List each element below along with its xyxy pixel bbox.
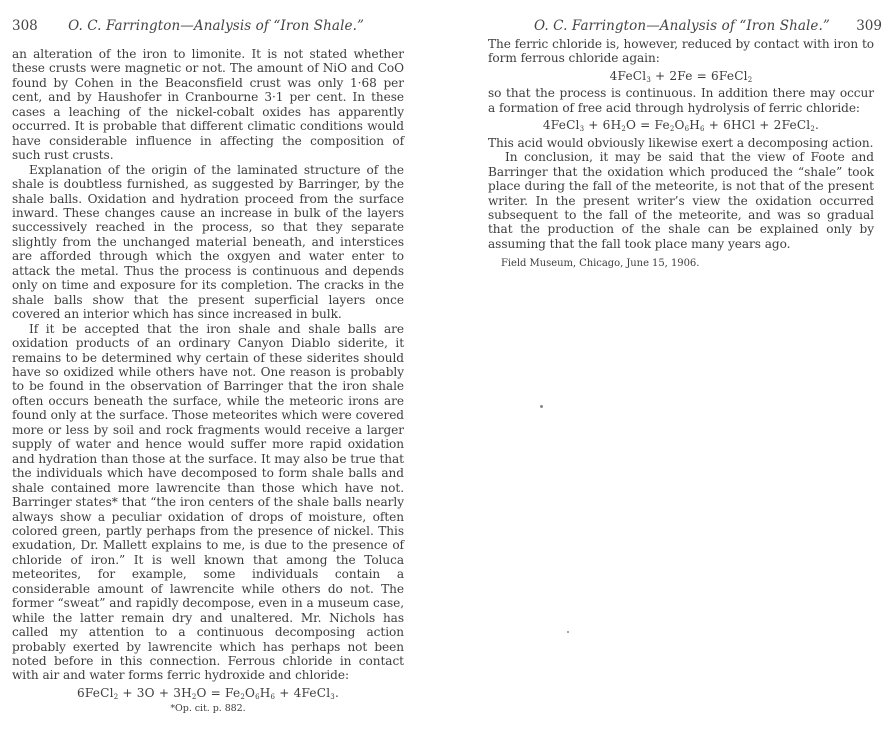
- signoff-location-date: Field Museum, Chicago, June 15, 1906.: [488, 257, 874, 271]
- right-page: O. C. Farrington—Analysis of “Iron Shale…: [448, 0, 895, 750]
- left-page: 308 O. C. Farrington—Analysis of “Iron S…: [0, 0, 440, 750]
- running-head-right: O. C. Farrington—Analysis of “Iron Shale…: [534, 18, 882, 34]
- running-head-title: O. C. Farrington—Analysis of “Iron Shale…: [68, 18, 364, 34]
- page-number: 309: [856, 18, 882, 34]
- paragraph: The ferric chloride is, however, reduced…: [488, 37, 874, 66]
- running-head-left: 308 O. C. Farrington—Analysis of “Iron S…: [12, 18, 364, 34]
- paragraph: Explanation of the origin of the laminat…: [12, 163, 404, 322]
- paragraph: This acid would obviously likewise exert…: [488, 136, 874, 150]
- paragraph: so that the process is continuous. In ad…: [488, 86, 874, 115]
- footnote: *Op. cit. p. 882.: [12, 703, 404, 715]
- paragraph: In conclusion, it may be said that the v…: [488, 150, 874, 251]
- chemical-equation: 4FeCl3 + 2Fe = 6FeCl2: [488, 69, 874, 83]
- left-body-text: an alteration of the iron to limonite. I…: [12, 47, 404, 715]
- right-body-text: The ferric chloride is, however, reduced…: [488, 37, 874, 271]
- scan-speck: [567, 631, 569, 633]
- scan-speck: [540, 405, 543, 408]
- page-number: 308: [12, 18, 38, 34]
- paragraph: an alteration of the iron to limonite. I…: [12, 47, 404, 163]
- paragraph: If it be accepted that the iron shale an…: [12, 322, 404, 683]
- running-head-title: O. C. Farrington—Analysis of “Iron Shale…: [534, 18, 830, 34]
- chemical-equation: 6FeCl2 + 3O + 3H2O = Fe2O6H6 + 4FeCl3.: [12, 686, 404, 700]
- chemical-equation: 4FeCl3 + 6H2O = Fe2O6H6 + 6HCl + 2FeCl2.: [488, 118, 874, 132]
